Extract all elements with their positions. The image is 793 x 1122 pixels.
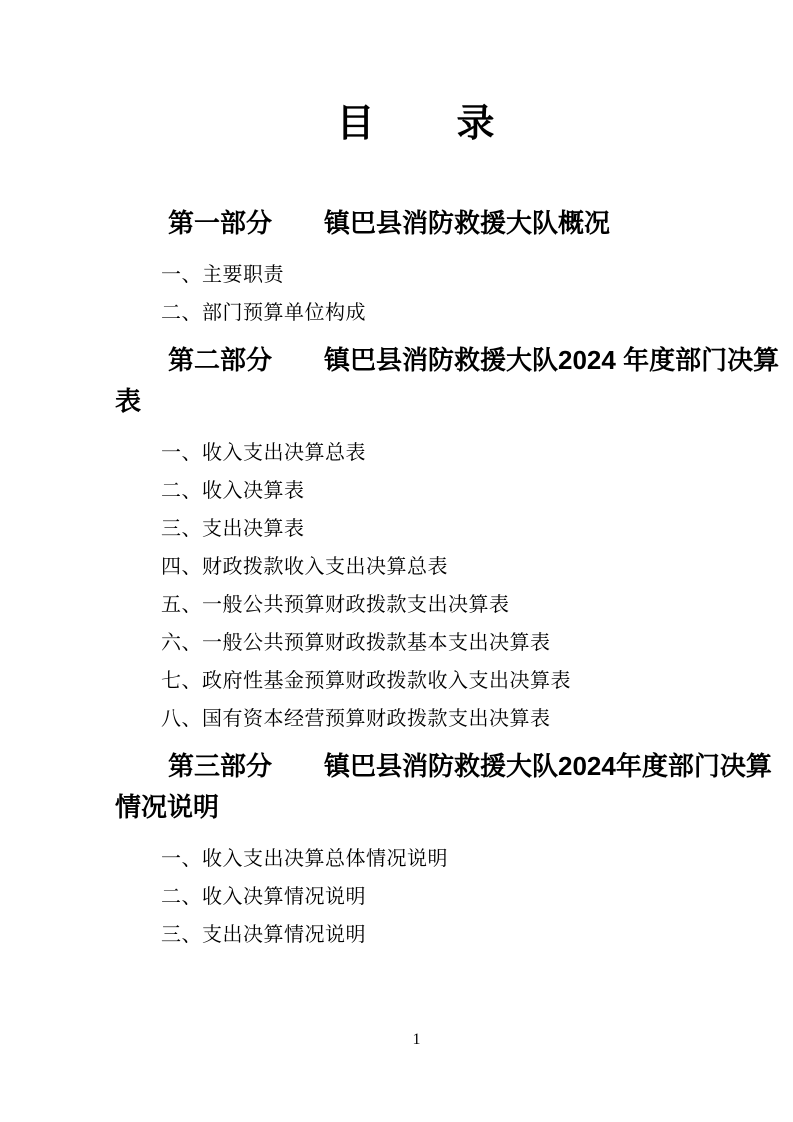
toc-section-final-accounts-notes: 第三部分 镇巴县消防救援大队2024年度部门决算 情况说明 一、收入支出决算总体…: [115, 746, 718, 954]
section-heading-line: 第三部分 镇巴县消防救援大队2024年度部门决算: [115, 746, 718, 787]
section-heading: 第二部分 镇巴县消防救援大队2024 年度部门决算 表: [115, 340, 718, 422]
toc-item: 二、收入决算情况说明: [115, 878, 718, 916]
toc-item: 四、财政拨款收入支出决算总表: [115, 548, 718, 586]
section-heading: 第一部分 镇巴县消防救援大队概况: [115, 203, 718, 244]
toc-item: 二、部门预算单位构成: [115, 294, 718, 332]
section-heading: 第三部分 镇巴县消防救援大队2024年度部门决算 情况说明: [115, 746, 718, 828]
section-heading-line: 第一部分 镇巴县消防救援大队概况: [115, 203, 718, 244]
section-heading-line: 第二部分 镇巴县消防救援大队2024 年度部门决算: [115, 340, 718, 381]
toc-item: 一、主要职责: [115, 256, 718, 294]
section-heading-line: 表: [115, 381, 718, 422]
toc-item: 二、收入决算表: [115, 472, 718, 510]
toc-item: 一、收入支出决算总体情况说明: [115, 840, 718, 878]
toc-item: 一、收入支出决算总表: [115, 434, 718, 472]
toc-item: 六、一般公共预算财政拨款基本支出决算表: [115, 624, 718, 662]
toc-section-overview: 第一部分 镇巴县消防救援大队概况 一、主要职责 二、部门预算单位构成: [115, 203, 718, 332]
toc-item: 五、一般公共预算财政拨款支出决算表: [115, 586, 718, 624]
document-page: 目 录 第一部分 镇巴县消防救援大队概况 一、主要职责 二、部门预算单位构成 第…: [0, 0, 793, 1122]
toc-item: 八、国有资本经营预算财政拨款支出决算表: [115, 700, 718, 738]
section-heading-line: 情况说明: [115, 787, 718, 828]
page-number: 1: [115, 1030, 718, 1050]
page-title: 目 录: [115, 97, 718, 151]
toc-item: 三、支出决算情况说明: [115, 916, 718, 954]
toc-item: 三、支出决算表: [115, 510, 718, 548]
toc-section-final-accounts-tables: 第二部分 镇巴县消防救援大队2024 年度部门决算 表 一、收入支出决算总表 二…: [115, 340, 718, 738]
toc-item: 七、政府性基金预算财政拨款收入支出决算表: [115, 662, 718, 700]
